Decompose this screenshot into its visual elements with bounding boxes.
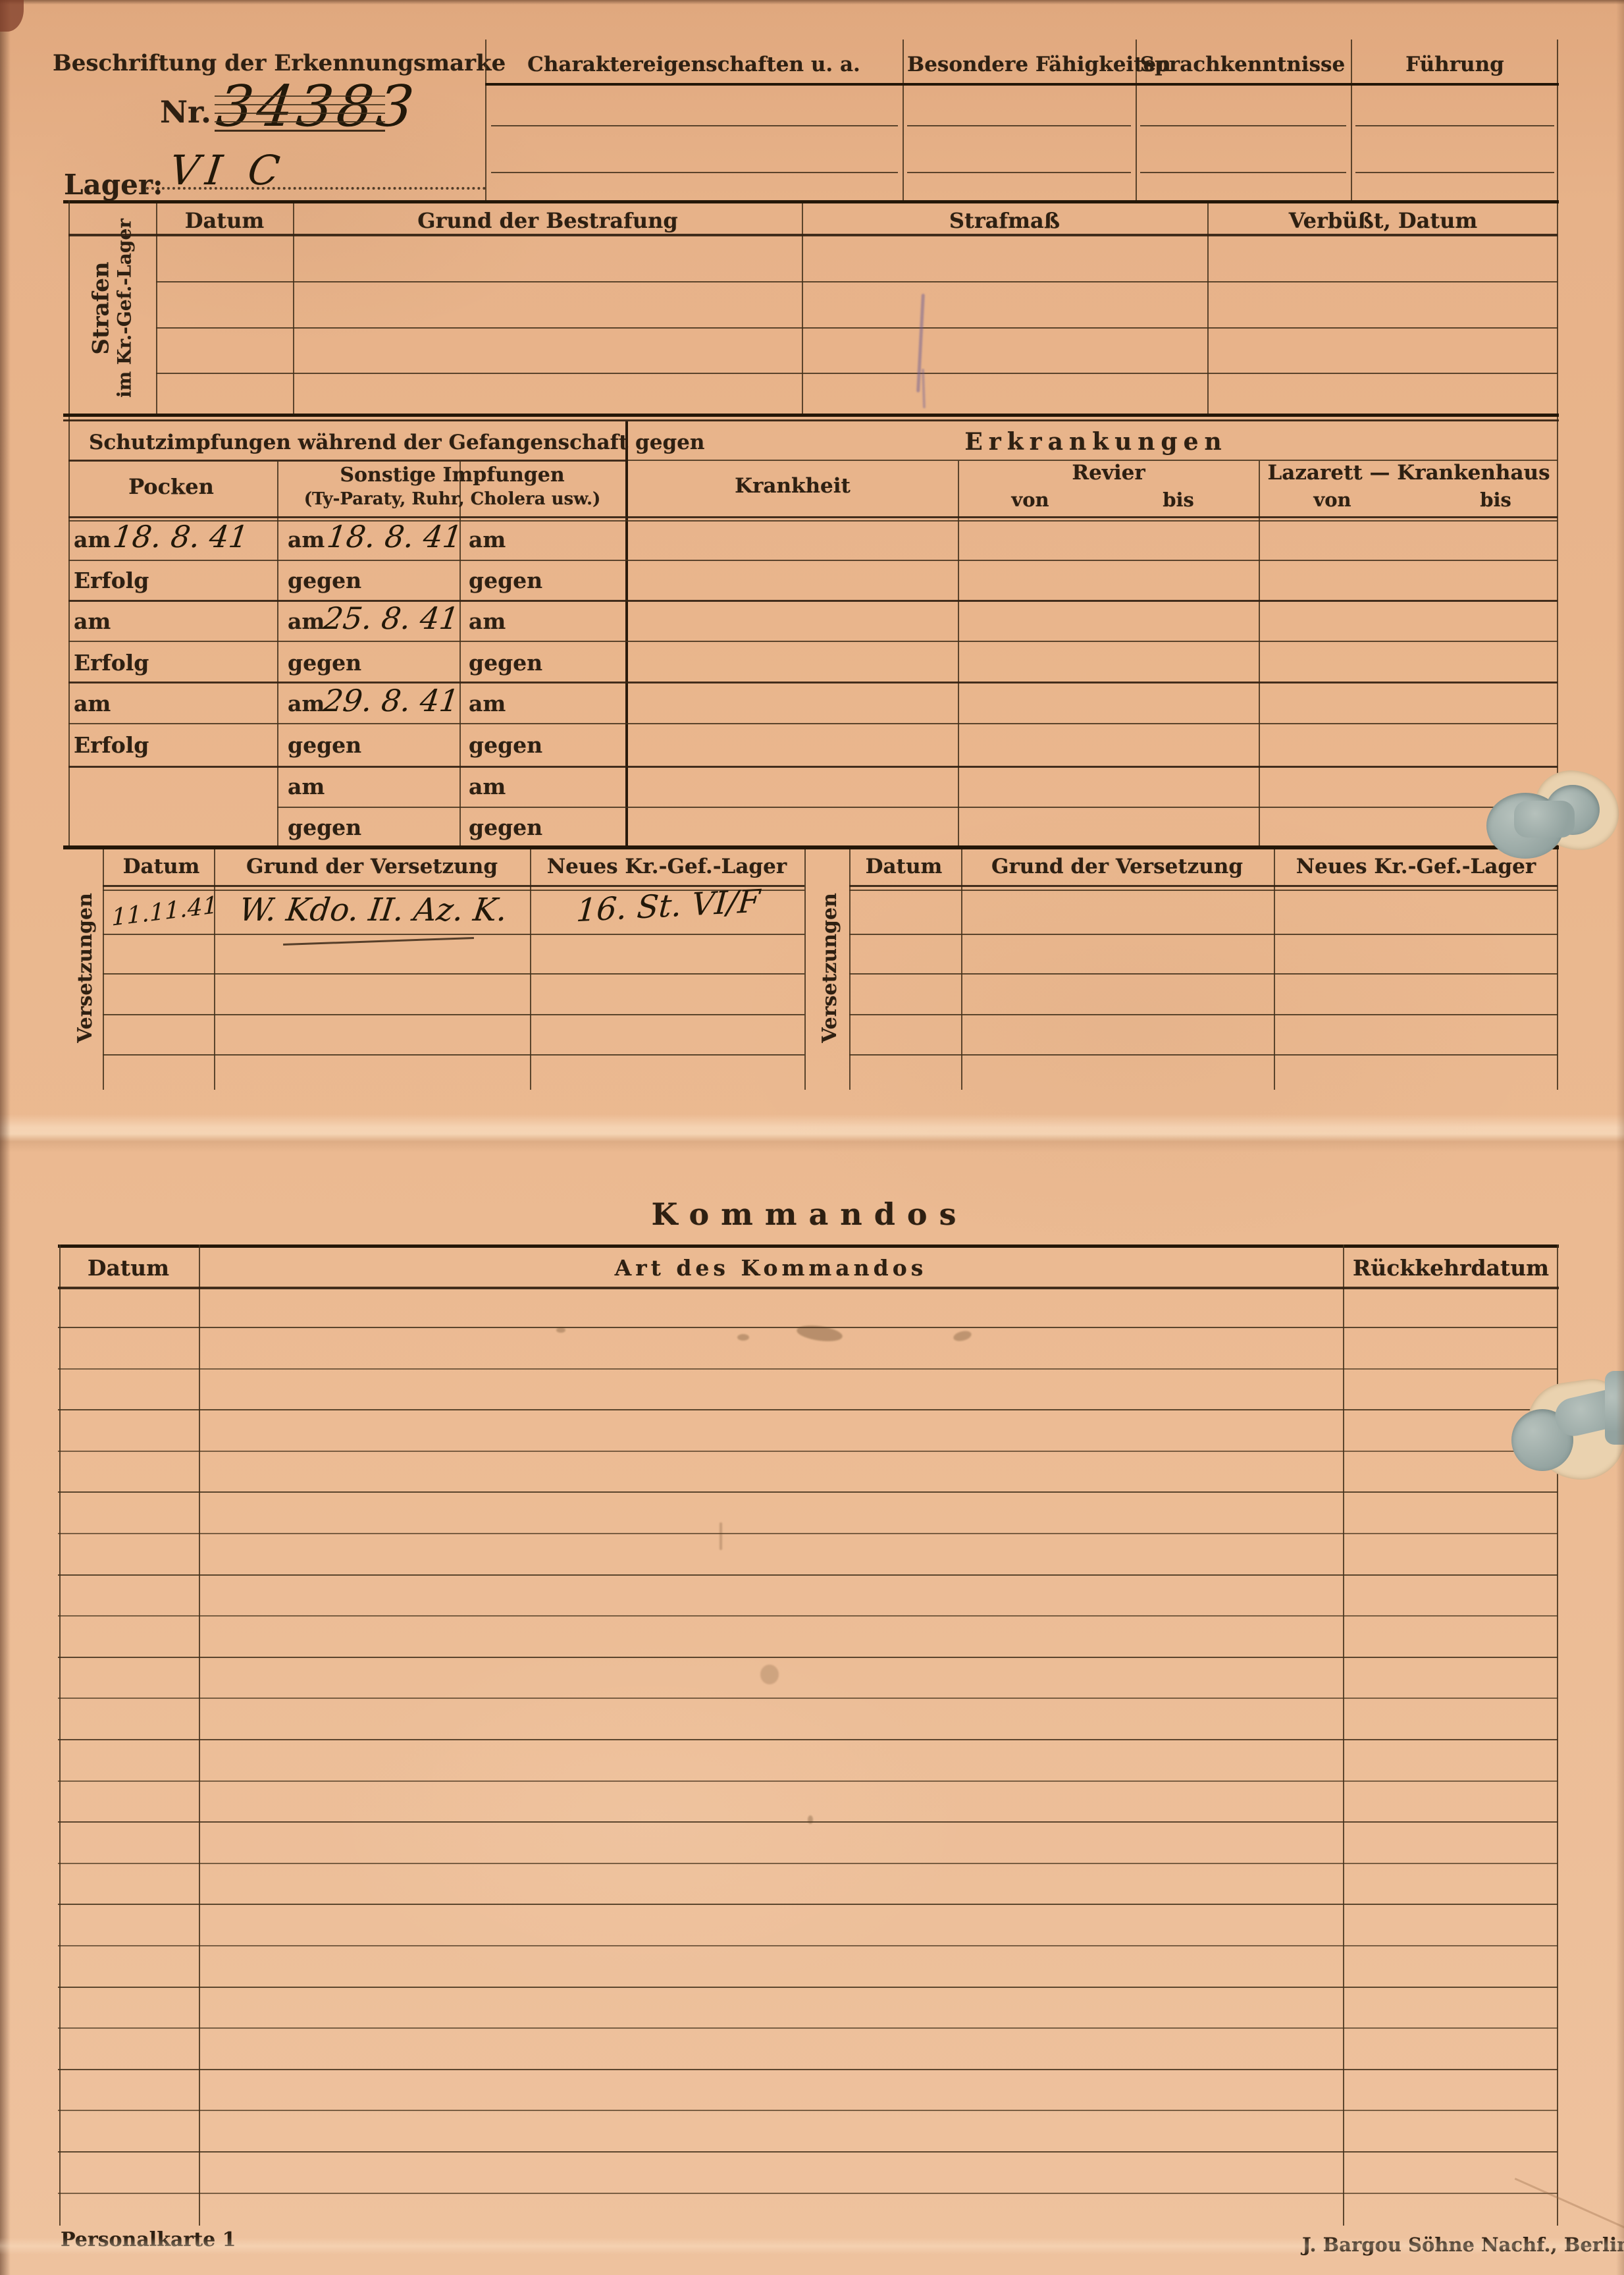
illnesses-hospital-to: bis [1456,490,1535,510]
vacc-cell-label: Erfolg [74,569,149,593]
column-header-language-skills: Sprachkenntnisse [1139,54,1346,76]
rule-h [68,641,1558,642]
rule-h [68,600,1558,602]
vaccinations-header-other-line1: Sonstige Impfungen [294,465,610,486]
scan-edge-top [0,0,1624,5]
rule-h [58,1615,1558,1617]
illnesses-header-disease: Krankheit [694,475,891,497]
vacc-cell-label: am [288,692,325,716]
transfer-entry-new-camp: 16. St. VI/F [538,881,799,931]
rule-h [58,2027,1558,2029]
rule-h [103,1054,804,1056]
vacc-cell-label: gegen [288,816,361,840]
rule-h [1355,172,1554,173]
rule-h [215,121,385,122]
vacc-cell-label: gegen [288,651,361,675]
corner-mark [0,0,24,32]
scan-edge-left [0,0,11,2275]
punishments-header-reason: Grund der Bestrafung [317,209,778,232]
rule-h [849,890,1558,891]
rule-h [63,414,1559,417]
scan-edge-right [1616,0,1624,2275]
rule-h [58,2069,1558,2070]
rule-h [58,2110,1558,2111]
rule-h [68,460,627,462]
punishments-header-served-date: Verbüßt, Datum [1251,209,1515,232]
vacc-cell-label: am [288,775,325,799]
rule-h [849,1054,1558,1056]
rule-h [215,130,385,132]
vaccinations-header-other-line2: (Ty-Paraty, Ruhr, Cholera usw.) [294,490,610,508]
rule-h [58,1491,1558,1493]
rule-h [58,1987,1558,1988]
vacc-date-value: 18. 8. 41 [325,519,464,554]
transfers-side-label: Versetzungen [86,968,236,991]
ink-smudge [808,1815,813,1824]
punch-hole-icon [1605,1371,1624,1445]
rule-h [68,723,1558,724]
rule-h [58,1904,1558,1905]
illnesses-hospital-from: von [1293,490,1372,510]
rule-h [215,113,385,114]
form-name-footer: Personalkarte 1 [61,2230,236,2251]
vacc-cell-label: am [74,528,111,552]
rule-h [491,125,898,126]
ink-smudge [953,1329,973,1343]
rule-h [1140,172,1346,173]
tag-inscription-heading: Beschriftung der Erkennungsmarke [53,51,481,76]
transfers-header-new-camp: Neues Kr.-Gef.-Lager [1284,856,1548,878]
rule-h [491,172,898,173]
kommandos-header-return-date: Rückkehrdatum [1319,1256,1583,1280]
rule-h [485,83,1559,86]
illnesses-title: Erkrankungen [895,429,1297,455]
rule-v [903,40,904,200]
transfers-header-new-camp: Neues Kr.-Gef.-Lager [535,856,799,878]
transfers-side-label: Versetzungen [830,968,980,991]
rule-h [68,682,1558,683]
rule-v [1351,40,1352,200]
rule-h [58,1863,1558,1864]
vacc-cell-label: gegen [469,569,542,593]
vacc-date-value: 29. 8. 41 [322,683,461,718]
rule-h [58,1698,1558,1699]
rule-v [277,461,278,845]
rule-h [103,973,804,975]
printer-imprint-footer: J. Bargou Söhne Nachf., Berlin SW 68 [1302,2235,1624,2255]
rule-h [63,845,1559,849]
rule-h [103,934,804,935]
rule-h [1140,125,1346,126]
rule-h [68,520,1558,522]
punishments-header-date: Datum [165,209,284,232]
kommandos-title: Kommandos [606,1198,1014,1231]
vacc-cell-label: am [74,692,111,716]
rule-h [68,560,1558,561]
tag-number-label: Nr. [160,96,211,129]
transfers-header-reason: Grund der Versetzung [972,856,1262,878]
punch-hole-icon [1514,801,1575,838]
vacc-cell-label: gegen [288,734,361,757]
rule-v [625,421,628,845]
rule-h [58,1780,1558,1782]
vaccinations-header-smallpox: Pocken [105,475,237,498]
rule-v [958,461,959,845]
illnesses-sickbay-to: bis [1139,490,1218,510]
vacc-cell-label: am [288,610,325,633]
rule-h [58,1368,1558,1370]
illnesses-header-sickbay: Revier [1010,462,1207,484]
ink-streak [922,369,926,408]
vaccinations-title: Schutzimpfungen während der Gefangenscha… [89,432,602,454]
rule-h [68,516,1558,518]
vacc-cell-label: Erfolg [74,734,149,757]
rule-h [68,234,1558,236]
rule-h [156,281,1558,282]
pow-personal-card-back: Beschriftung der Erkennungsmarke Nr. 343… [0,0,1624,2275]
column-header-special-skills: Besondere Fähigkeiten [907,54,1131,76]
vacc-cell-label: gegen [469,816,542,840]
rule-h [215,104,385,105]
rule-h [103,1014,804,1015]
vacc-cell-label: gegen [469,734,542,757]
rule-h [58,1945,1558,1946]
transfer-entry-reason: W. Kdo. II. Az. K. [217,892,531,928]
ink-smudge [556,1327,565,1333]
vacc-cell-label: am [74,610,111,633]
rule-h [68,766,1558,768]
rule-v [68,200,70,847]
ink-smudge [720,1522,722,1550]
illnesses-header-hospital: Lazarett — Krankenhaus [1257,462,1560,484]
rule-v [804,849,806,1090]
rule-v [1343,1245,1344,2226]
rule-h [215,95,385,97]
vacc-date-value: 25. 8. 41 [322,601,461,636]
vacc-cell-label: am [288,528,325,552]
punishments-header-penalty: Strafmaß [873,209,1136,232]
rule-h [277,807,1558,808]
rule-v [59,1245,61,2226]
rule-h [58,1574,1558,1576]
transfer-entry-date: 11.11.41 [111,892,218,931]
ink-smudge [737,1334,749,1341]
illnesses-sickbay-from: von [991,490,1070,510]
rule-h [907,125,1131,126]
vacc-cell-label: Erfolg [74,651,149,675]
vacc-cell-label: gegen [288,569,361,593]
rule-h [63,200,1559,203]
camp-label: Lager: [64,170,163,200]
kommandos-header-type: Art des Kommandos [508,1256,1034,1280]
rule-v [1259,461,1260,845]
kommandos-header-date: Datum [63,1256,194,1280]
rule-h [849,885,1558,887]
rule-h [63,419,1559,421]
rule-h [156,373,1558,374]
rule-v [199,1245,200,2226]
column-header-character-traits: Charaktereigenschaften u. a. [496,54,891,76]
transfers-header-date: Datum [851,856,956,878]
rule-h [849,1014,1558,1015]
vacc-cell-label: gegen [469,651,542,675]
rule-h [58,1409,1558,1410]
vacc-cell-label: am [469,528,506,552]
rule-h [58,1739,1558,1740]
vacc-cell-label: am [469,610,506,633]
vacc-cell-label: am [469,775,506,799]
rule-h [1355,125,1554,126]
punishments-side-label: Strafen im Kr.-Gef.-Lager [112,308,291,355]
rule-h [58,1245,1559,1248]
ink-smudge [796,1323,843,1344]
ink-smudge [760,1665,779,1684]
rule-h [58,1533,1558,1534]
rule-h [58,1657,1558,1658]
rule-h [58,1287,1559,1289]
rule-v [1557,40,1558,1090]
rule-h [58,1451,1558,1452]
transfers-header-date: Datum [109,856,214,878]
vacc-cell-label: am [469,692,506,716]
rule-h [849,934,1558,935]
rule-h [58,2151,1558,2153]
vacc-date-value: 18. 8. 41 [111,519,250,554]
transfers-header-reason: Grund der Versetzung [227,856,517,878]
handwritten-underline [283,937,474,946]
rule-h [58,2193,1558,2194]
fold-crease [0,1114,1624,1152]
rule-h [907,172,1131,173]
camp-dotted-line [146,187,486,190]
rule-v [485,40,486,200]
column-header-conduct: Führung [1356,54,1554,76]
rule-h [849,973,1558,975]
rule-h [156,327,1558,329]
